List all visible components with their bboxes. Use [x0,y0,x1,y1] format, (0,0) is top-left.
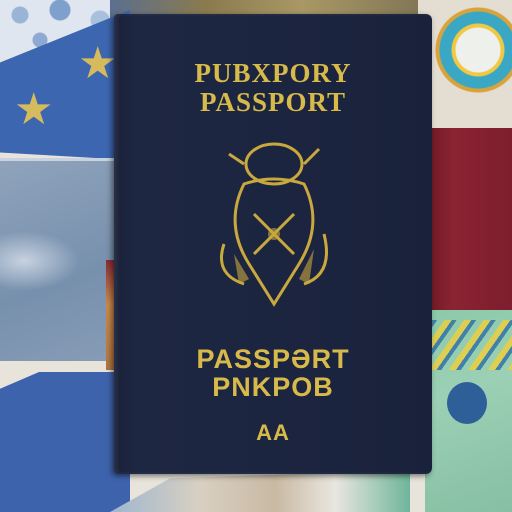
sketch-artwork [110,470,410,512]
red-booklet: BOOJY [428,128,512,318]
coat-of-arms-icon [204,134,344,314]
frost-pattern [0,231,80,291]
passport-title-2: PASSPORT [114,87,432,118]
green-card [425,310,512,512]
stripe-pattern [425,320,512,370]
passport[interactable]: PUBXPORY PASSPORT PASSPƏRT PNKPOB AA [114,14,432,474]
passport-code: AA [114,420,432,446]
gray-document [0,158,117,361]
star-icon: ★ [78,42,117,86]
passport-title-1: PUBXPORY [114,58,432,89]
star-icon: ★ [14,88,53,132]
blue-circle [447,382,487,424]
passport-subtitle-2: PNKPOB [114,372,432,403]
passport-subtitle-1: PASSPƏRT [114,344,432,375]
blue-paper [0,372,130,512]
